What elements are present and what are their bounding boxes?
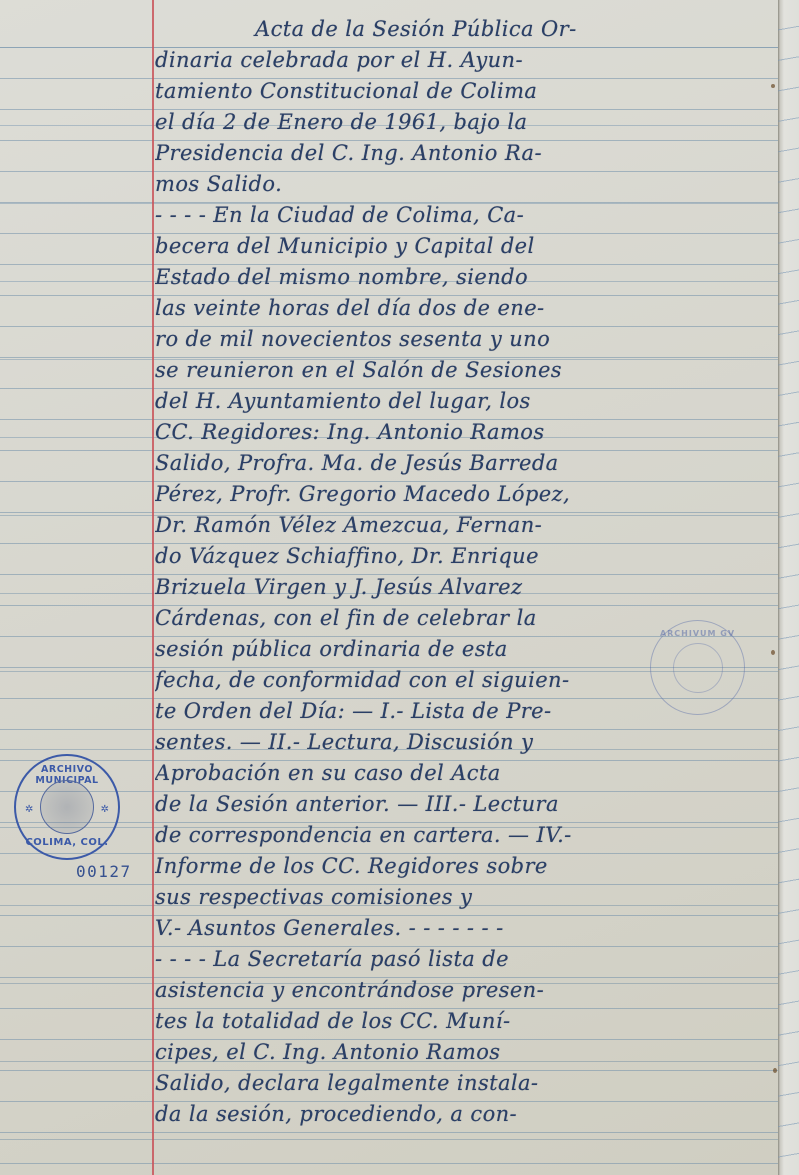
text-line: becera del Municipio y Capital del [155, 231, 773, 262]
text-line: Acta de la Sesión Pública Or- [155, 14, 773, 45]
text-line: de correspondencia en cartera. — IV.- [155, 820, 773, 851]
faint-stamp: ARCHIVUM GV [650, 620, 745, 715]
text-line: Brizuela Virgen y J. Jesús Alvarez [155, 572, 773, 603]
text-line: - - - - En la Ciudad de Colima, Ca- [155, 200, 773, 231]
document-page: Acta de la Sesión Pública Or- dinaria ce… [0, 0, 780, 1175]
stamp-bottom-text: COLIMA, COL. [16, 837, 118, 848]
text-line: - - - - La Secretaría pasó lista de [155, 944, 773, 975]
ink-spot [771, 84, 775, 88]
text-line: dinaria celebrada por el H. Ayun- [155, 45, 773, 76]
next-page-lines [778, 0, 799, 1175]
seal-emblem-icon [40, 780, 94, 834]
page-fold [778, 0, 799, 1175]
ink-spot [773, 1068, 777, 1073]
text-line: Dr. Ramón Vélez Amezcua, Fernan- [155, 510, 773, 541]
margin-line [152, 0, 154, 1175]
text-line: cipes, el C. Ing. Antonio Ramos [155, 1037, 773, 1068]
text-line: tes la totalidad de los CC. Muní- [155, 1006, 773, 1037]
text-line: el día 2 de Enero de 1961, bajo la [155, 107, 773, 138]
text-line: Aprobación en su caso del Acta [155, 758, 773, 789]
star-icon: ✲ [101, 804, 109, 815]
text-line: ro de mil novecientos sesenta y uno [155, 324, 773, 355]
text-line: de la Sesión anterior. — III.- Lectura [155, 789, 773, 820]
text-line: sus respectivas comisiones y [155, 882, 773, 913]
ink-spot [771, 650, 775, 655]
text-line: Pérez, Profr. Gregorio Macedo López, [155, 479, 773, 510]
folio-number: 00127 [76, 862, 132, 881]
text-line: Salido, Profra. Ma. de Jesús Barreda [155, 448, 773, 479]
text-line: CC. Regidores: Ing. Antonio Ramos [155, 417, 773, 448]
text-line: del H. Ayuntamiento del lugar, los [155, 386, 773, 417]
faint-stamp-text: ARCHIVUM GV [651, 629, 744, 638]
text-line: asistencia y encontrándose presen- [155, 975, 773, 1006]
faint-seal-icon [673, 643, 723, 693]
text-line: Presidencia del C. Ing. Antonio Ra- [155, 138, 773, 169]
text-line: V.- Asuntos Generales. - - - - - - - [155, 913, 773, 944]
archive-stamp: ARCHIVO MUNICIPAL ✲ ✲ COLIMA, COL. [14, 754, 120, 860]
text-line: sentes. — II.- Lectura, Discusión y [155, 727, 773, 758]
text-line: Estado del mismo nombre, siendo [155, 262, 773, 293]
text-line: Informe de los CC. Regidores sobre [155, 851, 773, 882]
text-line: las veinte horas del día dos de ene- [155, 293, 773, 324]
star-icon: ✲ [25, 804, 33, 815]
text-line: da la sesión, procediendo, a con- [155, 1099, 773, 1130]
text-line: Salido, declara legalmente instala- [155, 1068, 773, 1099]
text-line: se reunieron en el Salón de Sesiones [155, 355, 773, 386]
text-line: mos Salido. [155, 169, 773, 200]
text-line: tamiento Constitucional de Colima [155, 76, 773, 107]
text-line: do Vázquez Schiaffino, Dr. Enrique [155, 541, 773, 572]
handwritten-text: Acta de la Sesión Pública Or- dinaria ce… [155, 14, 773, 1130]
